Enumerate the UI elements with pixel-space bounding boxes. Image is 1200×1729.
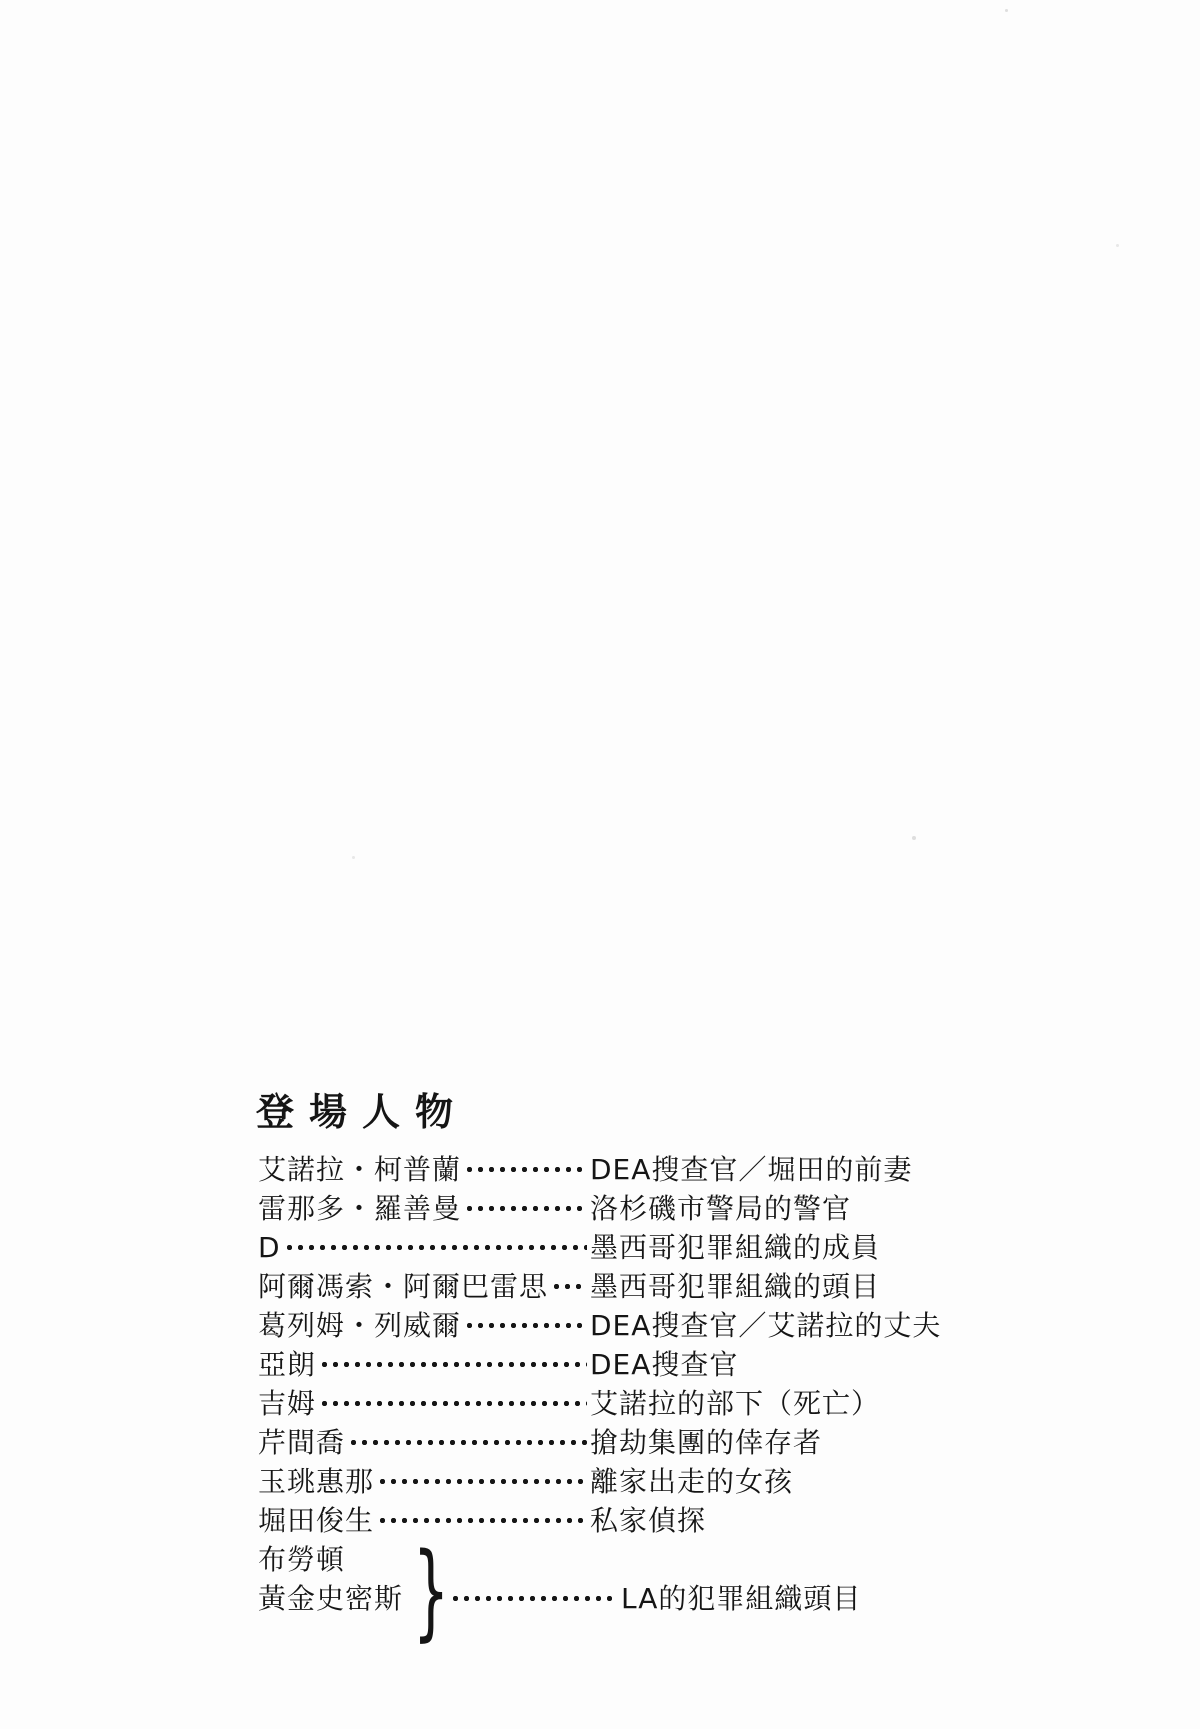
character-row: 亞朗 DEA搜查官 xyxy=(258,1345,941,1384)
name-leader-cell: 葛列姆・列威爾 xyxy=(258,1306,590,1345)
character-name: 堀田俊生 xyxy=(258,1507,374,1535)
character-role: DEA搜查官 xyxy=(590,1351,738,1379)
character-name: D xyxy=(258,1234,281,1262)
cast-heading: 登場人物 xyxy=(256,1081,468,1136)
dot-leader xyxy=(348,1423,587,1462)
character-row: 吉姆 艾諾拉的部下（死亡） xyxy=(258,1384,941,1423)
character-name: 芹間喬 xyxy=(258,1429,345,1457)
character-role: 私家偵探 xyxy=(590,1507,706,1535)
character-role: DEA搜查官／艾諾拉的丈夫 xyxy=(590,1312,941,1340)
dot-leader xyxy=(464,1189,587,1228)
character-row: 芹間喬 搶劫集團的倖存者 xyxy=(258,1423,941,1462)
character-name: 阿爾馮索・阿爾巴雷思 xyxy=(258,1273,548,1301)
character-role: 離家出走的女孩 xyxy=(590,1468,793,1496)
character-row: D 墨西哥犯罪組織的成員 xyxy=(258,1228,941,1267)
dot-leader xyxy=(450,1579,618,1618)
name-leader-cell: 艾諾拉・柯普蘭 xyxy=(258,1150,590,1189)
dot-leader xyxy=(377,1462,587,1501)
character-name: 黃金史密斯 xyxy=(258,1579,403,1618)
character-role: LA的犯罪組織頭目 xyxy=(621,1585,861,1613)
scan-speck xyxy=(1116,244,1119,247)
character-row: 雷那多・羅善曼 洛杉磯市警局的警官 xyxy=(258,1189,941,1228)
name-leader-cell: 亞朗 xyxy=(258,1345,590,1384)
dot-leader xyxy=(464,1150,587,1189)
name-leader-cell: 吉姆 xyxy=(258,1384,590,1423)
character-row: 玉珧惠那 離家出走的女孩 xyxy=(258,1462,941,1501)
group-brace-glyph: } xyxy=(413,1550,437,1628)
character-name: 葛列姆・列威爾 xyxy=(258,1312,461,1340)
scanned-book-page: 登場人物 艾諾拉・柯普蘭 DEA搜查官／堀田的前妻 雷那多・羅善曼 洛杉磯市警局… xyxy=(0,0,1200,1729)
scan-speck xyxy=(352,856,355,859)
group-names: 布勞頓 黃金史密斯 xyxy=(258,1540,403,1618)
name-leader-cell: 芹間喬 xyxy=(258,1423,590,1462)
dot-leader xyxy=(319,1345,587,1384)
dot-leader xyxy=(464,1306,587,1345)
character-row: 艾諾拉・柯普蘭 DEA搜查官／堀田的前妻 xyxy=(258,1150,941,1189)
character-name: 布勞頓 xyxy=(258,1540,403,1579)
character-name: 艾諾拉・柯普蘭 xyxy=(258,1156,461,1184)
character-row: 阿爾馮索・阿爾巴雷思 墨西哥犯罪組織的頭目 xyxy=(258,1267,941,1306)
character-role: 墨西哥犯罪組織的成員 xyxy=(590,1234,880,1262)
group-leader-cell: LA的犯罪組織頭目 xyxy=(447,1579,861,1618)
dot-leader xyxy=(377,1501,587,1540)
character-role: 艾諾拉的部下（死亡） xyxy=(590,1390,880,1418)
name-leader-cell: 雷那多・羅善曼 xyxy=(258,1189,590,1228)
character-name: 吉姆 xyxy=(258,1390,316,1418)
character-role: 搶劫集團的倖存者 xyxy=(590,1429,822,1457)
dot-leader xyxy=(284,1228,587,1267)
character-name: 玉珧惠那 xyxy=(258,1468,374,1496)
character-row: 堀田俊生 私家偵探 xyxy=(258,1501,941,1540)
name-leader-cell: 阿爾馮索・阿爾巴雷思 xyxy=(258,1267,590,1306)
character-role: 洛杉磯市警局的警官 xyxy=(590,1195,851,1223)
scan-speck xyxy=(1005,9,1008,12)
character-role: DEA搜查官／堀田的前妻 xyxy=(590,1156,912,1184)
character-name: 亞朗 xyxy=(258,1351,316,1379)
name-leader-cell: D xyxy=(258,1228,590,1267)
character-group-row: 布勞頓 黃金史密斯 } LA的犯罪組織頭目 xyxy=(258,1540,941,1618)
character-role: 墨西哥犯罪組織的頭目 xyxy=(590,1273,880,1301)
character-name: 雷那多・羅善曼 xyxy=(258,1195,461,1223)
scan-speck xyxy=(912,836,916,840)
character-row: 葛列姆・列威爾 DEA搜查官／艾諾拉的丈夫 xyxy=(258,1306,941,1345)
name-leader-cell: 玉珧惠那 xyxy=(258,1462,590,1501)
dot-leader xyxy=(319,1384,587,1423)
dot-leader xyxy=(551,1267,587,1306)
cast-list: 艾諾拉・柯普蘭 DEA搜查官／堀田的前妻 雷那多・羅善曼 洛杉磯市警局的警官 D… xyxy=(258,1150,941,1618)
